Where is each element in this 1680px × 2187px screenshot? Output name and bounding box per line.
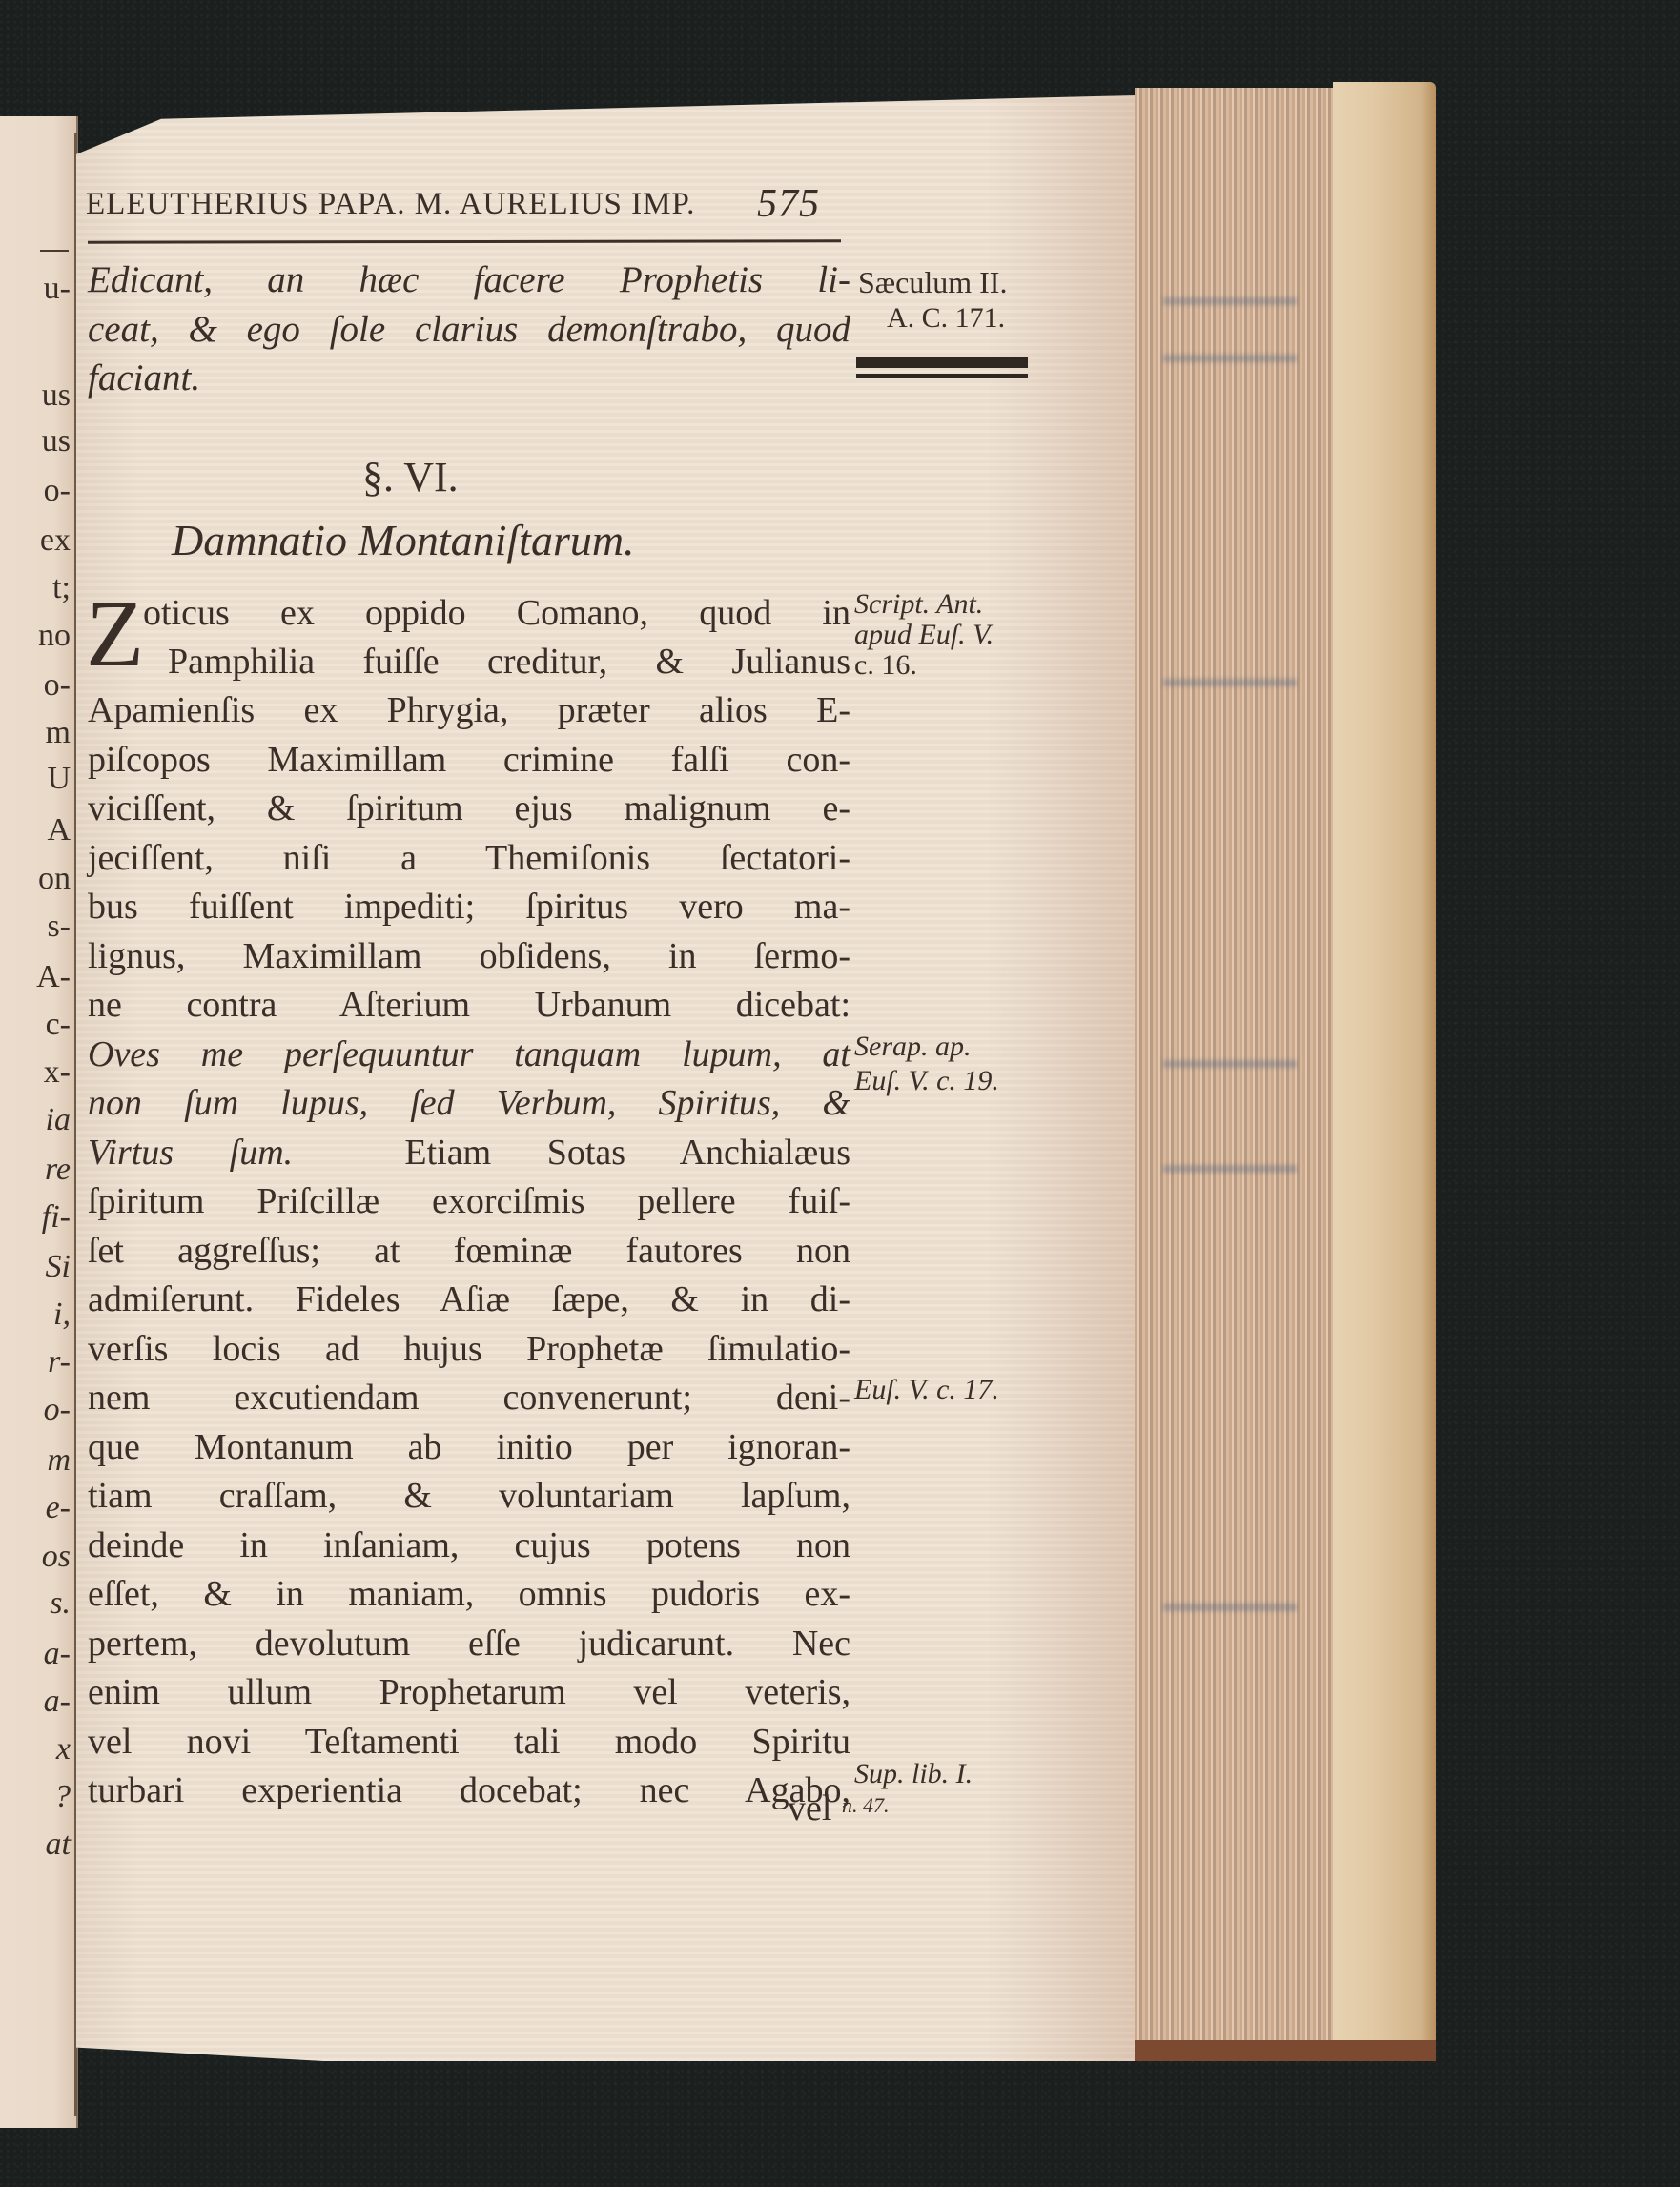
body-line: pertem, devolutum eſſe judicarunt. Nec: [88, 1620, 850, 1669]
book-bottom-edge: [1135, 2040, 1436, 2061]
running-head: ELEUTHERIUS PAPA. M. AURELIUS IMP. 575: [86, 181, 849, 219]
body-line: bus fuiſſent impediti; ſpiritus vero ma-: [88, 883, 850, 932]
left-page-fragment: o-: [44, 475, 71, 507]
body-line: oticus ex oppido Comano, quod in: [143, 589, 850, 639]
running-head-title: ELEUTHERIUS PAPA. M. AURELIUS IMP.: [86, 187, 695, 222]
body-text: Apamienſis ex Phrygia, præter alios E-pi…: [88, 686, 850, 1816]
body-line: que Montanum ab initio per ignoran-: [88, 1423, 850, 1473]
body-line: Oves me perſequuntur tanquam lupum, at: [88, 1031, 850, 1080]
left-page-fragment: t;: [52, 572, 71, 604]
body-line: non ſum lupus, ſed Verbum, Spiritus, &: [88, 1079, 850, 1129]
body-line: viciſſent, & ſpiritum ejus malignum e-: [88, 785, 850, 834]
left-page-fragment: re: [45, 1154, 71, 1186]
left-page-fragment: ia: [46, 1104, 71, 1136]
body-line: jeciſſent, niſi a Themiſonis ſectatori-: [88, 834, 850, 884]
body-phrase: Etiam Sotas Anchialæus: [293, 1133, 850, 1173]
margin-note-line: Sup. lib. I.: [854, 1759, 973, 1789]
left-page-fragment: ?: [54, 1781, 71, 1813]
left-page-fragment: x-: [44, 1056, 71, 1089]
body-line: tiam craſſam, & voluntariam lapſum,: [88, 1472, 850, 1522]
left-page-fragment: fi-: [42, 1201, 71, 1234]
margin-year: A. C. 171.: [887, 303, 1005, 334]
body-line: Virtus ſum. Etiam Sotas Anchialæus: [88, 1129, 850, 1178]
margin-note-line: Serap. ap.: [854, 1032, 999, 1062]
left-page-fragment: x: [56, 1733, 71, 1766]
left-page-fragment: m: [46, 717, 71, 749]
left-page-fragment: Si: [46, 1251, 71, 1283]
section-title: Damnatio Montaniſtarum.: [172, 515, 635, 565]
body-line: vel novi Teſtamenti tali modo Spiritu: [88, 1718, 850, 1768]
italic-phrase: Virtus ſum.: [88, 1133, 293, 1173]
left-page-fragment: us: [42, 379, 71, 412]
body-line: eſſet, & in maniam, omnis pudoris ex-: [88, 1570, 850, 1620]
left-page-fragment: A: [47, 814, 71, 847]
body-line: admiſerunt. Fideles Aſiæ ſæpe, & in di-: [88, 1276, 850, 1325]
drop-cap: Z: [86, 586, 144, 682]
body-line: piſcopos Maximillam crimine falſi con-: [88, 736, 850, 786]
vellum-cover-board: [1333, 82, 1436, 2055]
margin-note-line: Script. Ant.: [854, 589, 994, 620]
margin-note-line: Euſ. V. c. 19.: [854, 1066, 999, 1096]
margin-note-line: apud Euſ. V.: [854, 620, 994, 650]
body-line: ſet aggreſſus; at fœminæ fautores non: [88, 1227, 850, 1277]
left-page-fragment: o-: [44, 1394, 71, 1426]
page-fore-edge: [1135, 88, 1337, 2052]
left-page-fragment: a-: [44, 1638, 71, 1670]
page-number: 575: [757, 181, 820, 227]
margin-note-line: Euſ. V. c. 17.: [854, 1375, 999, 1405]
body-line: ſpiritum Priſcillæ exorciſmis pellere fu…: [88, 1177, 850, 1227]
section-number: §. VI.: [362, 453, 459, 501]
left-page-fragment: u-: [44, 273, 71, 305]
left-page-fragment: A-: [36, 961, 71, 993]
opening-quote: Edicant, an hæc facere Prophetis li- cea…: [88, 255, 850, 403]
left-page-rule: [40, 250, 69, 252]
catchword-text: vel: [788, 1788, 831, 1829]
margin-thick-rule: [856, 357, 1028, 368]
left-page-fragment: e-: [46, 1492, 71, 1524]
quote-line: ceat, & ego ſole clarius demonſtrabo, qu…: [88, 305, 850, 355]
left-page-fragment: at: [46, 1829, 71, 1861]
margin-thin-rule: [856, 374, 1028, 378]
body-line: nem excutiendam convenerunt; deni-: [88, 1374, 850, 1423]
body-line: Pamphilia fuiſſe creditur, & Julianus: [168, 638, 850, 687]
body-line: deinde in inſaniam, cujus potens non: [88, 1522, 850, 1571]
body-opening-2: Pamphilia fuiſſe creditur, & Julianus: [168, 638, 850, 687]
margin-note-scripta: Script. Ant. apud Euſ. V. c. 16.: [854, 589, 994, 681]
left-page-fragment: us: [42, 425, 71, 458]
body-line: Apamienſis ex Phrygia, præter alios E-: [88, 686, 850, 736]
body-line: lignus, Maximillam obſidens, in ſermo-: [88, 932, 850, 982]
margin-note-line: n. 47.: [842, 1793, 890, 1817]
body-line: turbari experientia docebat; nec Agabo,: [88, 1767, 850, 1816]
left-page-fragment: c-: [46, 1009, 71, 1041]
left-page-fragment: no: [38, 620, 71, 652]
margin-note-serap: Serap. ap. Euſ. V. c. 19.: [854, 1032, 999, 1096]
left-page-edge: u-ususo-ext;noo-mUAons-A-c-x-iarefi-Sii,…: [0, 116, 78, 2128]
margin-note-sup-num: n. 47.: [842, 1790, 890, 1821]
left-page-fragment: s.: [50, 1587, 71, 1620]
body-line: enim ullum Prophetarum vel veteris,: [88, 1668, 850, 1718]
left-page-fragment: i,: [53, 1298, 71, 1331]
body-opening: oticus ex oppido Comano, quod in: [143, 589, 850, 639]
left-page-fragment: a-: [44, 1686, 71, 1718]
margin-note-line: c. 16.: [854, 650, 994, 681]
margin-century: Sæculum II.: [858, 267, 1007, 297]
body-line: ne contra Aſterium Urbanum dicebat:: [88, 981, 850, 1031]
left-page-fragment: m: [47, 1444, 71, 1477]
quote-line: faciant.: [88, 354, 850, 403]
quote-line: Edicant, an hæc facere Prophetis li-: [88, 255, 850, 305]
catchword: vel: [788, 1788, 831, 1829]
left-page-fragment: o-: [44, 669, 71, 702]
left-page-fragment: on: [38, 863, 71, 895]
left-page-fragment: os: [42, 1541, 71, 1573]
margin-note-eus17: Euſ. V. c. 17.: [854, 1375, 999, 1405]
left-page-fragment: r-: [48, 1346, 71, 1379]
left-page-fragment: ex: [40, 524, 71, 557]
margin-note-sup: Sup. lib. I.: [854, 1759, 973, 1789]
left-page-fragment: s-: [47, 910, 71, 943]
body-line: verſis locis ad hujus Prophetæ ſimulatio…: [88, 1325, 850, 1375]
left-page-fragment: U: [47, 763, 71, 795]
